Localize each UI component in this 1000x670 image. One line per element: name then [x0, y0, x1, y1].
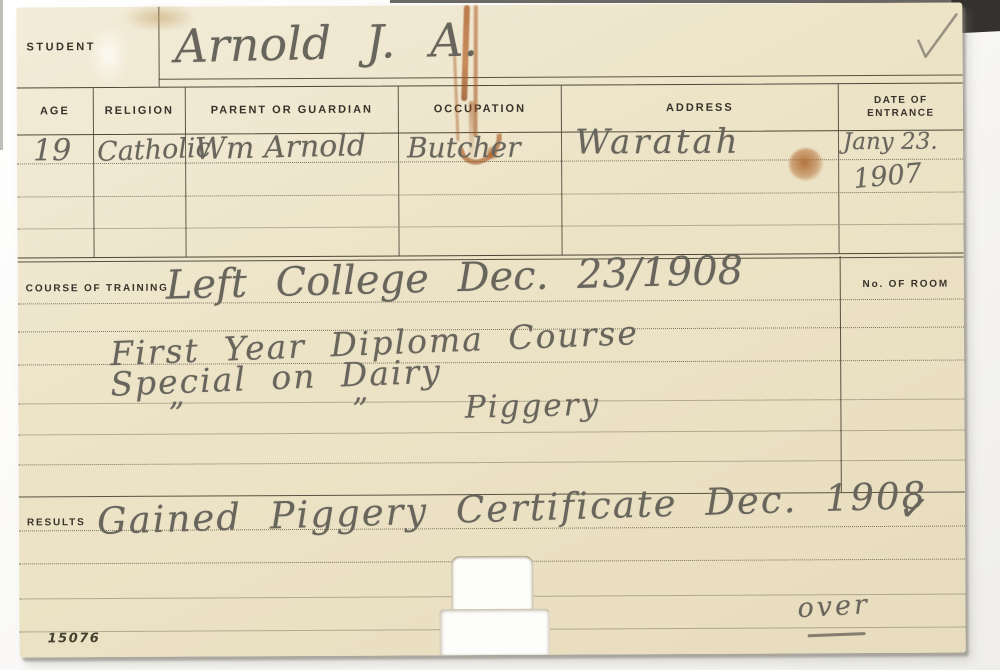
- col-header-age: AGE: [17, 88, 94, 134]
- over-scribble-handwriting: over: [797, 589, 871, 624]
- value-parent-or-guardian: Wm Arnold: [195, 128, 367, 167]
- value-date-of-entrance-line2: 1907: [852, 158, 923, 195]
- results-entry-handwriting: Gained Piggery Certificate Dec. 1908: [96, 474, 927, 543]
- ruled-line: [19, 460, 965, 466]
- paper-dent-blemish: [88, 25, 128, 85]
- student-name-underline: [159, 75, 963, 80]
- ruled-line: [19, 430, 965, 436]
- results-checkmark: ✓: [896, 487, 931, 532]
- table-header-row: AGE RELIGION PARENT OR GUARDIAN OCCUPATI…: [17, 83, 963, 136]
- value-address: Waratah: [575, 122, 741, 163]
- value-date-of-entrance-line1: Jany 23.: [843, 129, 938, 155]
- results-label: RESULTS: [27, 517, 86, 528]
- punch-notch-upper: [451, 556, 533, 614]
- student-box-divider: [158, 7, 159, 87]
- col-header-parent-or-guardian: PARENT OR GUARDIAN: [186, 86, 399, 133]
- student-name-handwriting: Arnold J. A.: [174, 12, 478, 73]
- scribble-underline: [808, 632, 866, 637]
- scan-edge-left: [0, 0, 3, 150]
- room-number-label: No. OF ROOM: [850, 279, 962, 291]
- student-record-card: STUDENT Arnold J. A. AGE RELIGION PARENT…: [16, 3, 965, 658]
- value-age: 19: [33, 133, 71, 168]
- col-header-date-of-entrance: DATE OF ENTRANCE: [839, 84, 963, 131]
- scan-background: STUDENT Arnold J. A. AGE RELIGION PARENT…: [0, 0, 1000, 670]
- pencil-check-icon: [898, 11, 960, 63]
- col-header-religion: RELIGION: [94, 88, 186, 134]
- serial-number: 15076: [48, 631, 101, 646]
- course-of-training-label: COURSE OF TRAINING: [26, 283, 169, 295]
- col-header-occupation: OCCUPATION: [399, 86, 562, 133]
- value-occupation: Butcher: [407, 131, 521, 165]
- student-label: STUDENT: [26, 41, 96, 53]
- room-column-divider: [840, 256, 842, 492]
- punch-notch-lower: [439, 609, 549, 656]
